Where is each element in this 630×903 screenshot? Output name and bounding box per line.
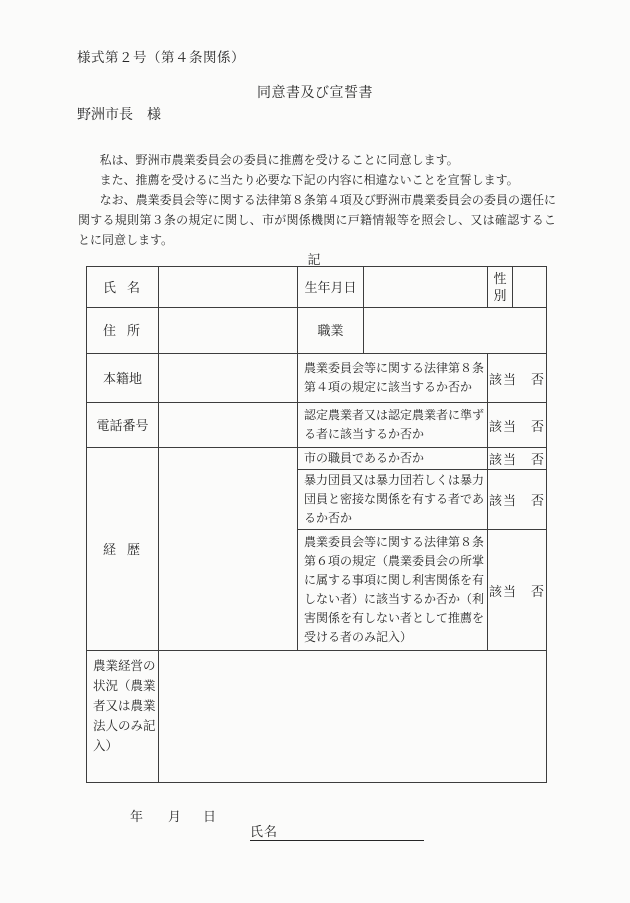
phone-label: 電話番号 [87,403,159,448]
farm-status-label: 農業経営の状況（農業者又は農業法人のみ記入） [87,651,159,783]
answer-certified-farmer: 該当 否 [488,403,547,448]
birthdate-input-cell[interactable] [364,267,488,308]
farm-status-input-cell[interactable] [159,651,547,783]
career-label: 経歴 [87,448,159,651]
domicile-input-cell[interactable] [159,354,298,403]
question-certified-farmer: 認定農業者又は認定農業者に準ずる者に該当するか否か [298,403,488,448]
occupation-input-cell[interactable] [364,308,547,354]
document-title: 同意書及び宣誓書 [0,82,630,102]
domicile-label: 本籍地 [87,354,159,403]
year-label: 年 [130,806,143,825]
table-row: 電話番号 認定農業者又は認定農業者に準ずる者に該当するか否か 該当 否 [87,403,547,448]
signature-line[interactable]: 氏名 [250,821,424,841]
addressee: 野洲市長 様 [77,104,161,124]
sex-input-cell[interactable] [513,267,547,308]
question-gang-relation: 暴力団員又は暴力団若しくは暴力団員と密接な関係を有する者であるか否か [298,470,488,530]
name-label: 氏名 [87,267,159,308]
table-row: 本籍地 農業委員会等に関する法律第８条第４項の規定に該当するか否か 該当 否 [87,354,547,403]
day-label: 日 [203,806,216,825]
preamble: 私は、野洲市農業委員会の委員に推薦を受けることに同意します。 また、推薦を受ける… [78,150,556,250]
table-row: 農業経営の状況（農業者又は農業法人のみ記入） [87,651,547,783]
table-row: 氏名 生年月日 性別 [87,267,547,308]
question-article8-6: 農業委員会等に関する法律第８条第６項の規定（農業委員会の所掌に属する事項に関し利… [298,530,488,651]
sex-label: 性別 [488,267,513,308]
applicant-form-table: 氏名 生年月日 性別 住所 職業 本籍地 農業委員会等に関する法律第８条第４項の… [86,266,547,783]
birthdate-label: 生年月日 [298,267,364,308]
paragraph-oath: また、推薦を受けるに当たり必要な下記の内容に相違ないことを宣誓します。 [78,170,556,190]
question-city-employee: 市の職員であるか否か [298,448,488,470]
answer-article8-4: 該当 否 [488,354,547,403]
answer-article8-6: 該当 否 [488,530,547,651]
paragraph-inquiry-consent: なお、農業委員会等に関する法律第８条第４項及び野洲市農業委員会の委員の選任に関す… [78,190,556,250]
career-input-cell[interactable] [159,448,298,651]
occupation-label: 職業 [298,308,364,354]
paragraph-consent: 私は、野洲市農業委員会の委員に推薦を受けることに同意します。 [78,150,556,170]
month-label: 月 [168,806,181,825]
form-number: 様式第２号（第４条関係） [77,46,245,66]
table-row: 住所 職業 [87,308,547,354]
answer-gang-relation: 該当 否 [488,470,547,530]
answer-city-employee: 該当 否 [488,448,547,470]
phone-input-cell[interactable] [159,403,298,448]
signature-name-label: 氏名 [250,824,278,839]
address-input-cell[interactable] [159,308,298,354]
document-page: 様式第２号（第４条関係） 同意書及び宣誓書 野洲市長 様 私は、野洲市農業委員会… [0,0,630,903]
question-article8-4: 農業委員会等に関する法律第８条第４項の規定に該当するか否か [298,354,488,403]
name-input-cell[interactable] [159,267,298,308]
table-row: 経歴 市の職員であるか否か 該当 否 [87,448,547,470]
address-label: 住所 [87,308,159,354]
